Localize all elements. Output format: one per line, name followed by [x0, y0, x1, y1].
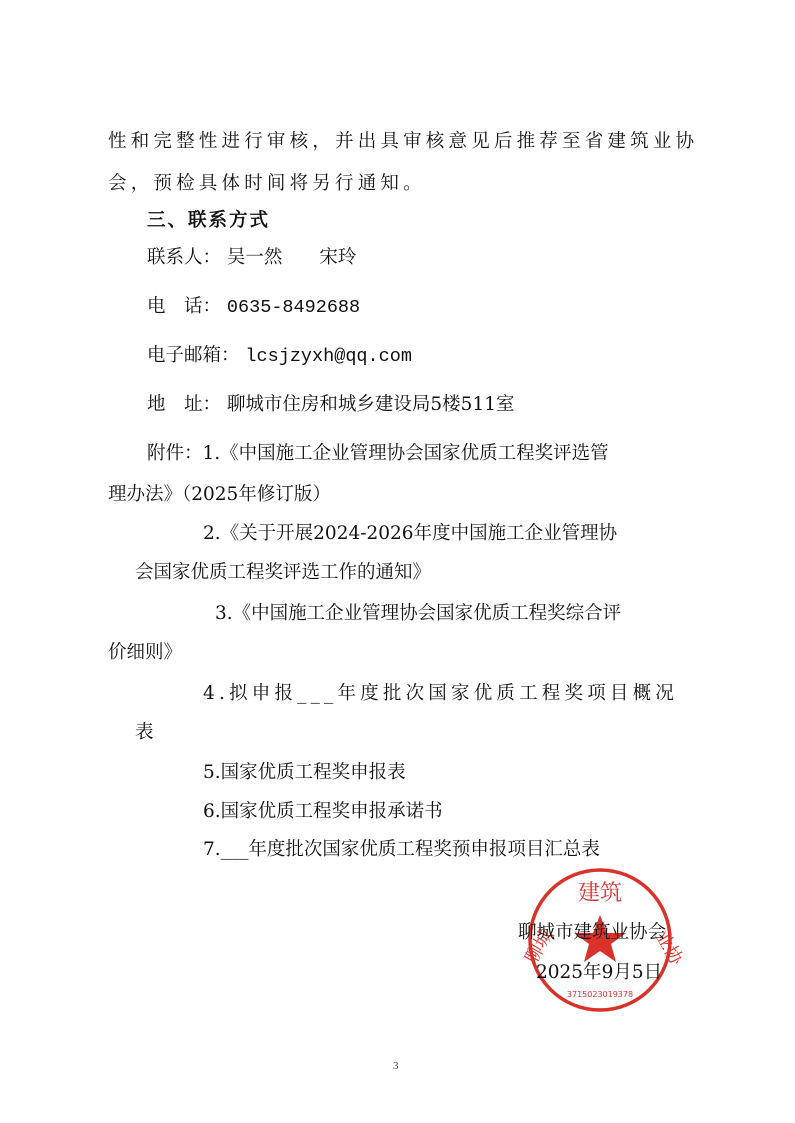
paragraph-line-1: 性和完整性进行审核，并出具审核意见后推荐至省建筑业协: [108, 130, 698, 154]
contact-label: 联系人：: [147, 247, 221, 268]
signing-date: 2025年9月5日: [536, 958, 662, 984]
attachment-6: 6.国家优质工程奖申报承诺书: [203, 800, 443, 824]
signing-organization: 聊城市建筑业协会: [518, 918, 666, 944]
contact-names: 吴一然 宋玲: [227, 247, 357, 268]
attachment-2-line-1: 2.《关于开展2024-2026年度中国施工企业管理协: [203, 522, 617, 546]
phone-label: 电 话：: [147, 296, 221, 317]
attachment-4-line-2: 表: [135, 721, 154, 745]
attachment-2-line-2: 会国家优质工程奖评选工作的通知》: [135, 561, 431, 585]
email-label: 电子邮箱：: [147, 345, 240, 366]
attachment-4-line-1: 4.拟申报___年度批次国家优质工程奖项目概况: [203, 682, 678, 706]
page-number: 3: [393, 1060, 399, 1072]
svg-text:3715023019378: 3715023019378: [567, 990, 633, 999]
phone-number: 0635-8492688: [227, 297, 360, 318]
attachment-1-line-1: 附件：1.《中国施工企业管理协会国家优质工程奖评选管: [147, 442, 609, 466]
contact-person-row: 联系人： 吴一然 宋玲: [147, 246, 356, 270]
attachments-label: 附件：: [147, 443, 203, 464]
email-row: 电子邮箱： lcsjzyxh@qq.com: [147, 344, 412, 369]
attachment-3-line-2: 价细则》: [108, 641, 182, 665]
phone-row: 电 话： 0635-8492688: [147, 295, 360, 320]
svg-text:建筑: 建筑: [578, 881, 622, 906]
paragraph-line-2: 会，预检具体时间将另行通知。: [108, 172, 426, 196]
attachment-3-line-1: 3.《中国施工企业管理协会国家优质工程奖综合评: [215, 602, 621, 626]
address-row: 地 址： 聊城市住房和城乡建设局5楼511室: [147, 393, 515, 417]
section-heading-contact: 三、联系方式: [147, 209, 270, 233]
address-label: 地 址：: [147, 394, 221, 415]
attachment-7: 7.___年度批次国家优质工程奖预申报项目汇总表: [203, 838, 600, 862]
email-address: lcsjzyxh@qq.com: [245, 346, 412, 367]
attachment-1-line-2: 理办法》（2025年修订版）: [108, 483, 331, 507]
attachment-5: 5.国家优质工程奖申报表: [203, 761, 406, 785]
address-value: 聊城市住房和城乡建设局5楼511室: [227, 394, 515, 415]
